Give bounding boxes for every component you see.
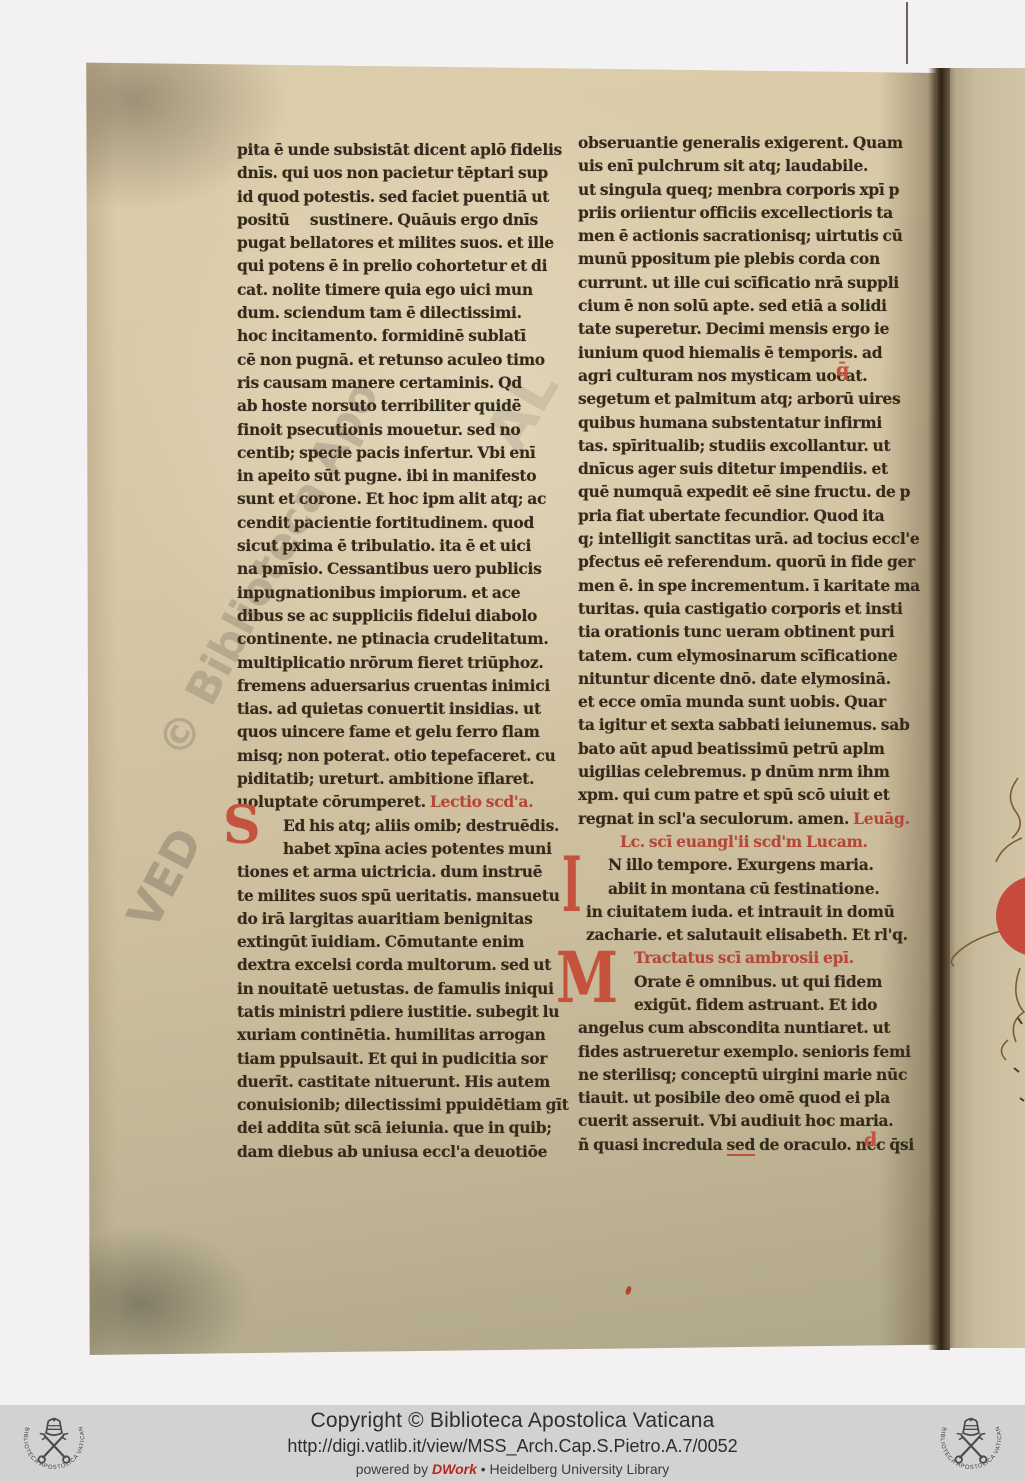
manuscript-text: tiam ppulsauit. Et qui in pudicitia sor [237,1049,547,1068]
manuscript-text: cat. nolite timere quia ego uici mun [237,280,533,299]
manuscript-text-line: quē numquā expedit eē sine fructu. de p [578,480,908,503]
manuscript-text-line: obseruantie generalis exigerent. Quam [578,131,908,154]
manuscript-text: pita ē unde subsistāt dicent aplō fideli… [237,140,562,159]
manuscript-left-column: S pita ē unde subsistāt dicent aplō fide… [237,138,567,1163]
manuscript-text: quibus humana substentatur infirmi [578,413,882,432]
manuscript-text-line: extingūt īuidiam. Cōmutante enim [237,930,567,953]
manuscript-text-line: uis enī pulchrum sit atq; laudabile. [578,154,908,177]
illuminated-initial-i: I [562,847,582,923]
manuscript-text-line: continente. ne ptinacia crudelitatum. [237,627,567,650]
manuscript-text-line: Tractatus scī ambrosii epī. [578,946,908,969]
manuscript-text-line: munū ppositum pie plebis corda con [578,247,908,270]
manuscript-text-line: pfectus eē referendum. quorū in fide ger [578,550,908,573]
manuscript-text: continente. ne ptinacia crudelitatum. [237,629,548,648]
manuscript-text-line: tiam ppulsauit. Et qui in pudicitia sor [237,1047,567,1070]
manuscript-text-line: pita ē unde subsistāt dicent aplō fideli… [237,138,567,161]
manuscript-text-line: zacharie. et salutauit elisabeth. Et rl'… [578,923,908,946]
manuscript-text-line: xpm. qui cum patre et spū scō uiuit et [578,783,908,806]
manuscript-text-line: iunium quod hiemalis ē temporis. ad [578,341,908,364]
manuscript-text-line: cendit pacientie fortitudinem. quod [237,511,567,534]
manuscript-text-line: cuerit asseruit. Vbi audiuit hoc maria. [578,1109,908,1132]
manuscript-text-line: dibus se ac suppliciis fidelui diabolo [237,604,567,627]
manuscript-text-line: do irā largitas auaritiam benignitas [237,907,567,930]
marginal-red-letter: q̄ [836,361,849,380]
manuscript-text-line: ab hoste norsuto terribiliter quidē [237,394,567,417]
book-gutter [928,68,950,1350]
dwork-brand: DWork [432,1461,477,1477]
manuscript-text: quē numquā expedit eē sine fructu. de p [578,482,910,501]
manuscript-text-line: multiplicatio nrōrum fieret triūphoz. [237,651,567,674]
manuscript-text-line: segetum et palmitum atq; arborū uires [578,387,908,410]
manuscript-text: pria fiat ubertate fecundior. Quod ita [578,506,884,525]
manuscript-text: cē non pugnā. et retunso aculeo timo [237,350,545,369]
manuscript-text-line: tatem. cum elymosinarum scīficatione [578,644,908,667]
manuscript-text-line: conuisionib; dilectissimi ppuidētiam gīt [237,1093,567,1116]
manuscript-text: cium ē non solū apte. sed etiā a solidi [578,296,887,315]
manuscript-text: ñ quasi incredula [578,1135,727,1154]
manuscript-text: tias. ad quietas conuertit insidias. ut [237,699,541,718]
manuscript-text-line: qui potens ē in prelio cohortetur et di [237,254,567,277]
logo-ring-text: BIBLIOTECA APOSTOLICA VATICANA [16,1407,86,1471]
manuscript-text-line: duerīt. castitate nituerunt. His autem [237,1070,567,1093]
rubric-text: Lectio scd'a. [430,792,533,811]
manuscript-text: regnat in scl'a seculorum. amen. [578,809,853,828]
manuscript-text-line: tate superetur. Decimi mensis ergo ie [578,317,908,340]
manuscript-text: tate superetur. Decimi mensis ergo ie [578,319,889,338]
manuscript-text: fides astrueretur exemplo. senioris femi [578,1042,911,1061]
manuscript-text: habet xpīna acies potentes muni [283,839,552,858]
vatican-library-logo: BIBLIOTECA APOSTOLICA VATICANA [933,1407,1009,1479]
manuscript-text-line: exigūt. fidem astruant. Et ido [578,993,908,1016]
manuscript-text: tia orationis tunc ueram obtinent puri [578,622,894,641]
svg-text:BIBLIOTECA APOSTOLICA VATICANA: BIBLIOTECA APOSTOLICA VATICANA [933,1407,1003,1471]
manuscript-text: tas. spīritualib; studiis excollantur. u… [578,436,890,455]
powered-by-line: powered by DWork • Heidelberg University… [108,1461,917,1477]
manuscript-text: ut singula queq; menbra corporis xpī p [578,180,899,199]
manuscript-text: tiones et arma uictricia. dum instruē [237,862,542,881]
logo-ring-text: BIBLIOTECA APOSTOLICA VATICANA [933,1407,1003,1471]
manuscript-text: segetum et palmitum atq; arborū uires [578,389,900,408]
manuscript-text: ne sterilisq; conceptū uirgini marie nūc [578,1065,907,1084]
manuscript-text: xpm. qui cum patre et spū scō uiuit et [578,785,890,804]
manuscript-text: quos uincere fame et gelu ferro flam [237,722,540,741]
manuscript-text: qui potens ē in prelio cohortetur et di [237,256,547,275]
manuscript-text-line: pugat bellatores et milites suos. et ill… [237,231,567,254]
manuscript-text: tiauit. ut posibile deo omē quod ei pla [578,1088,890,1107]
manuscript-text: ris causam manere certaminis. Qd [237,373,522,392]
manuscript-text: sicut pxima ē tribulatio. ita ē et uici [237,536,531,555]
manuscript-text: zacharie. et salutauit elisabeth. Et rl'… [586,925,908,944]
manuscript-text: sunt et corone. Et hoc ipm alit atq; ac [237,489,546,508]
manuscript-text: uoluptate cōrumperet. [237,792,430,811]
red-ink-speck [625,1285,633,1295]
powered-by-prefix: powered by [356,1461,432,1477]
manuscript-text: abiit in montana cū festinatione. [608,879,879,898]
manuscript-text-line: Orate ē omnibus. ut qui fidem [578,970,908,993]
manuscript-text-line: misq; non poterat. otio tepefaceret. cu [237,744,567,767]
manuscript-text: uis enī pulchrum sit atq; laudabile. [578,156,868,175]
manuscript-text-line: bato aūt apud beatissimū petrū aplm [578,737,908,760]
manuscript-text-line: finoit psecutionis mouetur. sed no [237,418,567,441]
manuscript-text: misq; non poterat. otio tepefaceret. cu [237,746,555,765]
manuscript-text-line: dei addita sūt scā ieiunia. que in quib; [237,1116,567,1139]
manuscript-text: dam diebus ab uniusa eccl'a deuotiōe [237,1142,547,1161]
manuscript-text-line: cat. nolite timere quia ego uici mun [237,278,567,301]
manuscript-text: dum. sciendum tam ē dilectissimi. [237,303,522,322]
manuscript-text-line: cē non pugnā. et retunso aculeo timo [237,348,567,371]
manuscript-text-line: dextra excelsi corda multorum. sed ut [237,953,567,976]
manuscript-text-line: ut singula queq; menbra corporis xpī p [578,178,908,201]
rubric-text: Lc. scī euangl'ii scd'm Lucam. [620,832,868,851]
manuscript-text: xuriam continētia. humilitas arrogan [237,1025,546,1044]
facing-page-edge [948,68,1025,1348]
manuscript-url: http://digi.vatlib.it/view/MSS_Arch.Cap.… [108,1436,917,1457]
manuscript-text: exigūt. fidem astruant. Et ido [634,995,877,1014]
powered-by-suffix: • Heidelberg University Library [477,1461,669,1477]
manuscript-photo: © Biblioteca Apo VED AL S pita ē unde su… [0,0,1025,1405]
manuscript-text: N illo tempore. Exurgens maria. [608,855,874,874]
manuscript-text-line: inpugnationibus impiorum. et ace [237,581,567,604]
manuscript-text: cuerit asseruit. Vbi audiuit hoc maria. [578,1111,893,1130]
manuscript-text: Orate ē omnibus. ut qui fidem [634,972,882,991]
manuscript-text: extingūt īuidiam. Cōmutante enim [237,932,524,951]
manuscript-text-line: currunt. ut ille cui scīficatio nrā supp… [578,271,908,294]
manuscript-text: piditatib; ureturt. ambitione īflaret. [237,769,534,788]
manuscript-text-line: abiit in montana cū festinatione. [578,877,908,900]
manuscript-text: priis oriientur officiis excellectioris … [578,203,893,222]
manuscript-text-line: tiauit. ut posibile deo omē quod ei pla [578,1086,908,1109]
manuscript-text: centib; specie pacis infertur. Vbi enī [237,443,536,462]
manuscript-text-line: in ciuitatem iuda. et intrauit in domū [578,900,908,923]
manuscript-text: in nouitatē uetustas. de famulis iniqui [237,979,554,998]
manuscript-text-line: tia orationis tunc ueram obtinent puri [578,620,908,643]
manuscript-text: conuisionib; dilectissimi ppuidētiam gīt [237,1095,569,1114]
facing-page-initial-flourish [948,768,1025,1108]
manuscript-text-line: quos uincere fame et gelu ferro flam [237,720,567,743]
manuscript-text-line: tas. spīritualib; studiis excollantur. u… [578,434,908,457]
manuscript-text: et ecce omīa munda sunt uobis. Quar [578,692,886,711]
manuscript-text: na pmīsio. Cessantibus uero publicis [237,559,542,578]
manuscript-text-line: N illo tempore. Exurgens maria. [578,853,908,876]
manuscript-text: munū ppositum pie plebis corda con [578,249,880,268]
manuscript-text: dextra excelsi corda multorum. sed ut [237,955,551,974]
manuscript-text-line: sicut pxima ē tribulatio. ita ē et uici [237,534,567,557]
manuscript-text: id quod potestis. sed faciet puentiā ut [237,187,549,206]
manuscript-text-line: sunt et corone. Et hoc ipm alit atq; ac [237,487,567,510]
manuscript-text: q; intelligit sanctitas urā. ad tocius e… [578,529,919,548]
manuscript-text-line: dum. sciendum tam ē dilectissimi. [237,301,567,324]
manuscript-text: tatem. cum elymosinarum scīficatione [578,646,897,665]
manuscript-text: dibus se ac suppliciis fidelui diabolo [237,606,537,625]
manuscript-text: pfectus eē referendum. quorū in fide ger [578,552,915,571]
manuscript-text-line: in apeito sūt pugne. ibi in manifesto [237,464,567,487]
manuscript-text-line: Lc. scī euangl'ii scd'm Lucam. [578,830,908,853]
manuscript-text-line: tias. ad quietas conuertit insidias. ut [237,697,567,720]
manuscript-text: agri culturam nos mysticam uocat. [578,366,867,385]
footer-bar: BIBLIOTECA APOSTOLICA VATICANA Copyright… [0,1405,1025,1481]
manuscript-text: te milites suos spū ueritatis. mansuetu [237,886,560,905]
manuscript-text: do irā largitas auaritiam benignitas [237,909,533,928]
manuscript-text: men ē. in spe incrementum. ī karitate ma [578,576,920,595]
manuscript-text: hoc incitamento. formidinē sublatī [237,326,526,345]
manuscript-text-line: ne sterilisq; conceptū uirgini marie nūc [578,1063,908,1086]
manuscript-text: de oraculo. nec q̄si [755,1135,914,1154]
manuscript-text-line: ris causam manere certaminis. Qd [237,371,567,394]
manuscript-text-line: regnat in scl'a seculorum. amen. Leuāg. [578,807,908,830]
manuscript-text: ta igitur et sexta sabbati ieiunemus. sa… [578,715,910,734]
manuscript-text: tatis ministri pdiere iustitie. subegit … [237,1002,559,1021]
manuscript-text: cendit pacientie fortitudinem. quod [237,513,534,532]
copyright-text: Copyright © Biblioteca Apostolica Vatica… [108,1409,917,1433]
manuscript-text: duerīt. castitate nituerunt. His autem [237,1072,550,1091]
manuscript-text-line: xuriam continētia. humilitas arrogan [237,1023,567,1046]
illuminated-initial-s: S [223,800,261,852]
manuscript-text-line: fides astrueretur exemplo. senioris femi [578,1040,908,1063]
manuscript-text-line: id quod potestis. sed faciet puentiā ut [237,185,567,208]
svg-text:BIBLIOTECA APOSTOLICA VATICANA: BIBLIOTECA APOSTOLICA VATICANA [16,1407,86,1471]
manuscript-text: turitas. quia castigatio corporis et ins… [578,599,903,618]
manuscript-text-line: uigilias celebremus. p dnūm nrm ihm [578,760,908,783]
manuscript-text-line: piditatib; ureturt. ambitione īflaret. [237,767,567,790]
manuscript-text-line: dnīs. qui uos non pacietur tēptari sup [237,161,567,184]
manuscript-text-line: men ē. in spe incrementum. ī karitate ma [578,574,908,597]
manuscript-text-line: te milites suos spū ueritatis. mansuetu [237,884,567,907]
manuscript-text: bato aūt apud beatissimū petrū aplm [578,739,885,758]
manuscript-text-line: ta igitur et sexta sabbati ieiunemus. sa… [578,713,908,736]
manuscript-text: multiplicatio nrōrum fieret triūphoz. [237,653,544,672]
manuscript-text: finoit psecutionis mouetur. sed no [237,420,520,439]
manuscript-text: inpugnationibus impiorum. et ace [237,583,520,602]
manuscript-text-line: cium ē non solū apte. sed etiā a solidi [578,294,908,317]
manuscript-text: men ē actionis sacrationisq; uirtutis cū [578,226,903,245]
manuscript-text-line: nituntur dicente dnō. date elymosinā. [578,667,908,690]
rubric-text: Leuāg. [853,809,910,828]
manuscript-right-column: q̄ I M d obseruantie generalis exigerent… [578,131,908,1156]
manuscript-text: dei addita sūt scā ieiunia. que in quib; [237,1118,552,1137]
manuscript-text-line: Ed his atq; aliis omib; destruēdis. [237,814,567,837]
manuscript-text-line: turitas. quia castigatio corporis et ins… [578,597,908,620]
rubric-text: Tractatus scī ambrosii epī. [634,948,854,967]
manuscript-text: ab hoste norsuto terribiliter quidē [237,396,521,415]
manuscript-text: positū sustinere. Quāuis ergo dnīs [237,210,538,229]
manuscript-text: sed [727,1135,756,1156]
manuscript-text-line: quibus humana substentatur infirmi [578,411,908,434]
vatican-library-logo: BIBLIOTECA APOSTOLICA VATICANA [16,1407,92,1479]
manuscript-text-line: ñ quasi incredula sed de oraculo. nec q̄… [578,1133,908,1156]
manuscript-text-line: fremens aduersarius cruentas inimici [237,674,567,697]
manuscript-text-line: tiones et arma uictricia. dum instruē [237,860,567,883]
manuscript-text-line: agri culturam nos mysticam uocat. [578,364,908,387]
papal-tiara-keys-icon [956,1418,987,1463]
manuscript-text: pugat bellatores et milites suos. et ill… [237,233,554,252]
manuscript-text-line: centib; specie pacis infertur. Vbi enī [237,441,567,464]
manuscript-text-line: dam diebus ab uniusa eccl'a deuotiōe [237,1140,567,1163]
manuscript-text-line: dnīcus ager suis ditetur impendiis. et [578,457,908,480]
manuscript-text-line: hoc incitamento. formidinē sublatī [237,324,567,347]
manuscript-text-line: angelus cum abscondita nuntiaret. ut [578,1016,908,1039]
marginal-red-mark: d [864,1131,877,1150]
manuscript-text-line: tatis ministri pdiere iustitie. subegit … [237,1000,567,1023]
manuscript-text: nituntur dicente dnō. date elymosinā. [578,669,891,688]
manuscript-text: dnīcus ager suis ditetur impendiis. et [578,459,888,478]
manuscript-text-line: q; intelligit sanctitas urā. ad tocius e… [578,527,908,550]
manuscript-text: in apeito sūt pugne. ibi in manifesto [237,466,536,485]
manuscript-text: fremens aduersarius cruentas inimici [237,676,550,695]
manuscript-text: in ciuitatem iuda. et intrauit in domū [586,902,895,921]
manuscript-text: angelus cum abscondita nuntiaret. ut [578,1018,890,1037]
manuscript-text: currunt. ut ille cui scīficatio nrā supp… [578,273,899,292]
manuscript-text-line: pria fiat ubertate fecundior. Quod ita [578,504,908,527]
illuminated-initial-m: M [556,943,618,1013]
manuscript-text-line: na pmīsio. Cessantibus uero publicis [237,557,567,580]
manuscript-text: dnīs. qui uos non pacietur tēptari sup [237,163,548,182]
manuscript-text-line: habet xpīna acies potentes muni [237,837,567,860]
papal-tiara-keys-icon [39,1418,70,1463]
manuscript-text-line: uoluptate cōrumperet. Lectio scd'a. [237,790,567,813]
manuscript-text-line: positū sustinere. Quāuis ergo dnīs [237,208,567,231]
footer-text-block: Copyright © Biblioteca Apostolica Vatica… [108,1409,917,1477]
manuscript-text: Ed his atq; aliis omib; destruēdis. [283,816,559,835]
manuscript-text-line: men ē actionis sacrationisq; uirtutis cū [578,224,908,247]
manuscript-text-line: et ecce omīa munda sunt uobis. Quar [578,690,908,713]
manuscript-text-line: in nouitatē uetustas. de famulis iniqui [237,977,567,1000]
manuscript-text: obseruantie generalis exigerent. Quam [578,133,903,152]
manuscript-text: uigilias celebremus. p dnūm nrm ihm [578,762,890,781]
page-edge-line [906,2,908,64]
manuscript-text-line: priis oriientur officiis excellectioris … [578,201,908,224]
